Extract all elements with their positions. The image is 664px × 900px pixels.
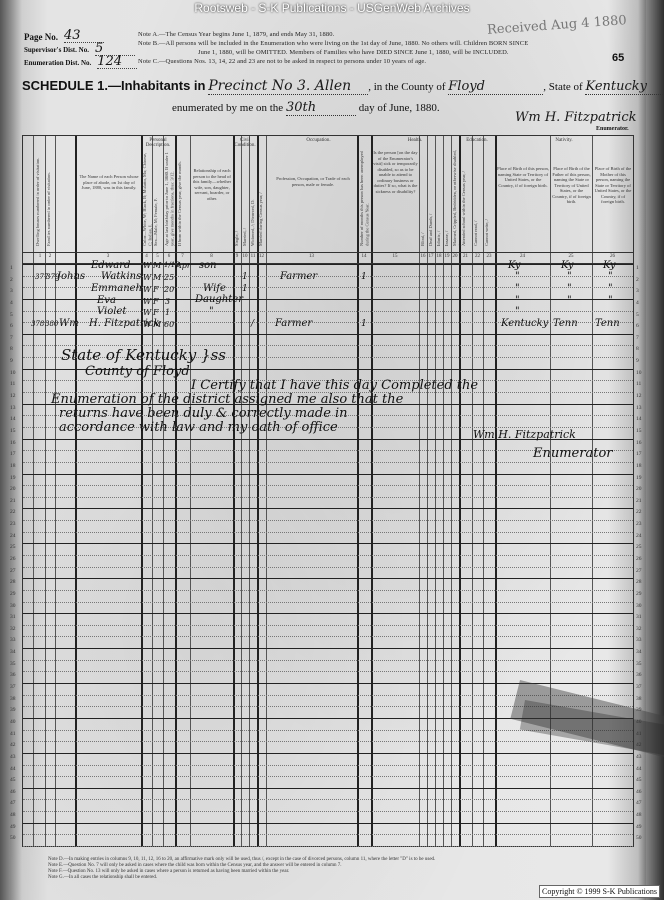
row-number-right: 27: [636, 568, 642, 574]
hdr-cannot-read: Cannot read, /: [473, 150, 482, 246]
row-line: [23, 474, 633, 475]
row-number-right: 47: [636, 800, 642, 806]
copyright-notice: Copyright © 1999 S-K Publications: [539, 885, 660, 898]
row-number-right: 28: [636, 579, 642, 585]
row-number-right: 24: [636, 533, 642, 539]
entry-4-color: W: [143, 297, 151, 306]
row-line: [23, 683, 633, 684]
colnum-25: 25: [550, 254, 592, 259]
row-line: [23, 776, 633, 777]
row-number-right: 4: [636, 300, 639, 306]
entry-6-father-birth: Tenn: [553, 318, 578, 329]
colnum-6: 6: [163, 254, 175, 259]
entry-6-surname: Wm: [59, 318, 79, 329]
enumeration-value: 124: [97, 56, 137, 69]
county-value: Floyd: [448, 79, 543, 95]
row-number-left: 30: [10, 603, 16, 609]
note-g: Note G.—In all cases the relationship sh…: [48, 875, 478, 881]
entry-2-age: 25: [164, 273, 174, 282]
entry-5-relationship: ": [209, 306, 214, 317]
hdr-sickness: Is the person [on the day of the Enumera…: [373, 150, 418, 194]
state-value: Kentucky: [585, 79, 664, 95]
group-nativity: Nativity.: [495, 138, 633, 143]
colnum-22: 22: [472, 254, 483, 259]
census-grid: Personal Description. Civil Condition. O…: [22, 135, 634, 847]
group-health: Health.: [371, 138, 459, 143]
row-number-right: 32: [636, 626, 642, 632]
row-number-right: 6: [636, 323, 639, 329]
row-number-left: 29: [10, 591, 16, 597]
row-number-left: 2: [10, 277, 13, 283]
row-number-left: 38: [10, 696, 16, 702]
row-number-right: 35: [636, 661, 642, 667]
entry-1-relationship: son: [199, 260, 217, 271]
cert-signature: Wm H. Fitzpatrick: [473, 428, 576, 441]
entry-6-unemployed: 1: [361, 319, 367, 329]
hdr-blind: Blind, /: [420, 150, 427, 246]
row-line: [23, 578, 633, 579]
row-line: [23, 485, 633, 486]
hdr-maimed: Maimed, Crippled, Bedridden, or otherwis…: [452, 150, 459, 246]
row-number-right: 23: [636, 521, 642, 527]
row-number-right: 18: [636, 463, 642, 469]
row-number-left: 23: [10, 521, 16, 527]
note-b-cont: June 1, 1880, will be OMITTED. Members o…: [138, 48, 578, 57]
hdr-name: The Name of each Person whose place of a…: [79, 174, 139, 191]
row-line: [23, 625, 633, 626]
hdr-married-year: Married during Census year, /: [258, 150, 266, 246]
row-number-right: 16: [636, 440, 642, 446]
entry-2-occupation: Farmer: [280, 271, 317, 282]
census-notes: Note A.—The Census Year begins June 1, 1…: [138, 30, 578, 66]
sheet-page-number: 65: [612, 52, 624, 64]
entry-6-birth: Kentucky: [501, 318, 548, 329]
row-number-right: 30: [636, 603, 642, 609]
row-line: [23, 555, 633, 556]
entry-1-father-birth: Ky: [561, 260, 573, 271]
entry-1-mother-birth: Ky: [603, 260, 615, 271]
row-number-left: 44: [10, 766, 16, 772]
row-number-left: 18: [10, 463, 16, 469]
row-number-left: 17: [10, 451, 16, 457]
entry-6-sex: M: [153, 320, 161, 329]
schedule-title: SCHEDULE 1.—Inhabitants in Precinct No 3…: [22, 78, 664, 95]
footnotes: Note D.—In making entries in columns 9, …: [48, 857, 478, 881]
row-number-right: 26: [636, 556, 642, 562]
hdr-idiotic: Idiotic, /: [436, 150, 443, 246]
row-number-right: 11: [636, 381, 641, 387]
row-number-left: 48: [10, 812, 16, 818]
entry-6-mother-birth: Tenn: [595, 318, 620, 329]
supervisor-label: Supervisor's Dist. No.: [24, 44, 89, 56]
row-number-right: 50: [636, 835, 642, 841]
enumerator-signature: Wm H. Fitzpatrick: [515, 110, 637, 125]
row-line: [23, 660, 633, 661]
row-number-right: 46: [636, 789, 642, 795]
group-education: Education.: [459, 138, 495, 143]
row-line: [23, 532, 633, 533]
row-number-right: 48: [636, 812, 642, 818]
row-number-left: 4: [10, 300, 13, 306]
colnum-2: 2: [45, 254, 55, 259]
entry-5-color: W: [143, 308, 151, 317]
entry-2-father-birth: ": [567, 271, 572, 282]
archive-watermark: Rootsweb - S-K Publications - USGenWeb A…: [0, 0, 664, 16]
row-line: [23, 636, 633, 637]
hdr-widowed: Widowed, /; Divorced, D.: [250, 150, 257, 246]
row-number-left: 31: [10, 614, 16, 620]
row-number-right: 36: [636, 672, 642, 678]
enum-day: 30th: [286, 100, 356, 116]
row-number-right: 15: [636, 428, 642, 434]
hdr-relationship: Relationship of each person to the head …: [192, 168, 232, 201]
entry-1-month: Apr: [176, 261, 191, 270]
note-a: Note A.—The Census Year begins June 1, 1…: [138, 30, 578, 39]
row-line: [23, 543, 633, 544]
note-b: Note B.—All persons will be included in …: [138, 39, 578, 48]
row-number-left: 7: [10, 335, 13, 341]
entry-6-occupation: Farmer: [275, 318, 312, 329]
row-number-left: 8: [10, 346, 13, 352]
row-number-left: 9: [10, 358, 13, 364]
row-number-right: 10: [636, 370, 642, 376]
hdr-deaf: Deaf and Dumb, /: [428, 150, 435, 246]
enumeration-label: Enumeration Dist. No.: [24, 57, 91, 69]
colnum-9: 9: [233, 254, 241, 259]
row-number-right: 17: [636, 451, 642, 457]
row-line: [23, 613, 633, 614]
row-number-right: 22: [636, 509, 642, 515]
row-line: [23, 765, 633, 766]
row-number-left: 42: [10, 742, 16, 748]
entry-3-father-birth: ": [567, 283, 572, 294]
row-line: [23, 462, 633, 463]
row-line: [23, 567, 633, 568]
row-number-right: 13: [636, 405, 642, 411]
row-line: [23, 520, 633, 521]
row-number-left: 41: [10, 731, 16, 737]
hdr-age: Age at last birthday prior to June 1, 18…: [164, 150, 174, 246]
colnum-5: 5: [152, 254, 163, 259]
group-occupation: Occupation.: [266, 138, 371, 143]
enumerator-label: Enumerator.: [596, 126, 629, 132]
colnum-23: 23: [483, 254, 495, 259]
group-civil: Civil Condition.: [233, 138, 257, 148]
row-number-left: 50: [10, 835, 16, 841]
row-number-left: 27: [10, 568, 16, 574]
row-line: [23, 497, 633, 498]
cert-line-5: returns have been duly & correctly made …: [59, 406, 348, 421]
row-number-left: 3: [10, 288, 13, 294]
entry-4-sex: F: [153, 297, 159, 306]
entry-3-given: Emmaneh: [91, 283, 142, 294]
row-number-left: 12: [10, 393, 16, 399]
row-number-right: 49: [636, 824, 642, 830]
place-value: Precinct No 3. Allen: [208, 78, 368, 95]
entry-6-married: /: [251, 319, 254, 329]
row-number-right: 1: [636, 265, 639, 271]
entry-3-birth: ": [515, 283, 520, 294]
county-label: , in the County of: [368, 81, 445, 93]
row-line: [23, 508, 633, 509]
entry-5-age: 1: [165, 308, 170, 317]
row-number-left: 32: [10, 626, 16, 632]
colnum-24: 24: [495, 254, 550, 259]
entry-4-birth: ": [515, 295, 520, 306]
colnum-21: 21: [459, 254, 472, 259]
row-number-left: 21: [10, 498, 16, 504]
row-number-left: 15: [10, 428, 16, 434]
colnum-7: 7: [175, 254, 190, 259]
entry-1-color: W: [143, 261, 151, 270]
entry-6-color: W: [143, 320, 151, 329]
row-number-right: 29: [636, 591, 642, 597]
hdr-color: Color—White, W; Black, B; Mulatto, Mu; C…: [142, 150, 151, 246]
row-number-right: 7: [636, 335, 639, 341]
row-line: [23, 648, 633, 649]
hdr-single: Single, /: [234, 150, 241, 246]
row-number-right: 37: [636, 684, 642, 690]
row-number-right: 21: [636, 498, 642, 504]
schedule-label: SCHEDULE 1.—Inhabitants in: [22, 78, 205, 93]
hdr-family: Families numbered in order of visitation…: [46, 150, 54, 246]
row-number-left: 37: [10, 684, 16, 690]
cert-line-2: County of Floyd: [85, 364, 190, 379]
entry-2-unemployed: 1: [361, 272, 367, 282]
row-number-left: 26: [10, 556, 16, 562]
hdr-married: Married, /: [242, 150, 249, 246]
cert-line-1: State of Kentucky }ss: [61, 346, 226, 364]
row-number-left: 20: [10, 486, 16, 492]
row-line: [23, 671, 633, 672]
entry-1-given: Edward: [91, 260, 130, 271]
colnum-3: 3: [75, 254, 141, 259]
hdr-birth-mother: Place of Birth of the Mother of this per…: [594, 166, 632, 205]
enumeration-date-line: enumerated by me on the 30th day of June…: [172, 100, 440, 116]
colnum-10: 10: [241, 254, 249, 259]
scan-right-edge: [646, 0, 664, 900]
colnum-13: 13: [266, 254, 357, 259]
row-number-left: 36: [10, 672, 16, 678]
row-number-left: 33: [10, 637, 16, 643]
row-number-right: 9: [636, 358, 639, 364]
cert-line-4: Enumeration of the district assigned me …: [51, 392, 403, 407]
entry-4-given: Eva: [97, 295, 116, 306]
hdr-sex: Sex—Male, M; Female, F.: [153, 150, 162, 246]
district-info: Page No.43 Supervisor's Dist. No.5 Enume…: [24, 30, 137, 69]
entry-4-relationship: Daughter: [195, 294, 243, 305]
entry-2-surname: Johns: [57, 271, 85, 282]
row-number-left: 43: [10, 754, 16, 760]
entry-6-dwelling: 378: [31, 320, 44, 328]
hdr-birth-father: Place of Birth of the Father of this per…: [552, 166, 591, 205]
entry-2-color: W: [143, 273, 151, 282]
colnum-1: 1: [35, 254, 45, 259]
row-number-left: 11: [10, 381, 15, 387]
entry-3-mother-birth: ": [608, 283, 613, 294]
colnum-18: 18: [435, 254, 443, 259]
enum-prefix: enumerated by me on the: [172, 102, 283, 114]
row-number-left: 13: [10, 405, 16, 411]
entry-1-birth: Ky: [508, 260, 520, 271]
row-number-left: 25: [10, 544, 16, 550]
note-c: Note C.—Questions Nos. 13, 14, 22 and 23…: [138, 57, 578, 66]
row-number-left: 22: [10, 509, 16, 515]
row-number-left: 6: [10, 323, 13, 329]
colnum-26: 26: [592, 254, 633, 259]
row-number-left: 1: [10, 265, 13, 271]
row-number-left: 39: [10, 707, 16, 713]
row-number-right: 43: [636, 754, 642, 760]
colnum-8: 8: [190, 254, 233, 259]
colnum-11: 11: [249, 254, 257, 259]
row-number-right: 14: [636, 416, 642, 422]
entry-3-color: W: [143, 285, 151, 294]
row-number-right: 8: [636, 346, 639, 352]
colnum-19: 19: [443, 254, 451, 259]
row-line: [23, 590, 633, 591]
entry-3-sex: F: [153, 285, 159, 294]
row-line: [23, 741, 633, 742]
row-line: [23, 834, 633, 835]
entry-6-age: 60: [164, 320, 174, 329]
scan-left-edge: [0, 0, 10, 900]
row-number-right: 12: [636, 393, 642, 399]
row-line: [23, 334, 633, 335]
colnum-14: 14: [357, 254, 371, 259]
entry-2-given: Watkins: [101, 271, 141, 282]
colnum-12: 12: [257, 254, 266, 259]
row-line: [23, 788, 633, 789]
row-number-right: 25: [636, 544, 642, 550]
row-number-left: 34: [10, 649, 16, 655]
hdr-months-unemployed: Number of months this person has been un…: [359, 150, 370, 246]
row-number-right: 2: [636, 277, 639, 283]
cert-line-6: accordance with law and my oath of offic…: [59, 420, 338, 435]
hdr-month-born: If born within the Census year, give the…: [177, 150, 189, 246]
cert-line-3: I Certify that I have this day Completed…: [191, 378, 478, 393]
entry-4-mother-birth: ": [608, 295, 613, 306]
entry-2-sex: M: [153, 273, 161, 282]
row-number-left: 19: [10, 475, 16, 481]
row-number-left: 16: [10, 440, 16, 446]
row-number-left: 47: [10, 800, 16, 806]
hdr-occupation: Profession, Occupation, or Trade of each…: [271, 176, 355, 187]
row-number-left: 24: [10, 533, 16, 539]
row-number-left: 5: [10, 312, 13, 318]
entry-3-age: 20: [164, 285, 174, 294]
enum-suffix: day of June, 1880.: [359, 102, 440, 114]
entry-4-age: 3: [165, 297, 170, 306]
entry-4-father-birth: ": [567, 295, 572, 306]
hdr-cannot-write: Cannot write, /: [484, 150, 494, 246]
entry-2-mother-birth: ": [608, 271, 613, 282]
colnum-4: 4: [141, 254, 152, 259]
row-number-left: 10: [10, 370, 16, 376]
entry-3-relationship: Wife: [203, 283, 226, 294]
page-no-label: Page No.: [24, 31, 58, 43]
row-number-right: 34: [636, 649, 642, 655]
entry-1-sex: M: [153, 261, 161, 270]
colnum-15: 15: [371, 254, 419, 259]
row-number-right: 38: [636, 696, 642, 702]
entry-5-birth: ": [515, 306, 520, 317]
colnum-16: 16: [419, 254, 427, 259]
row-number-right: 44: [636, 766, 642, 772]
entry-3-married: 1: [242, 284, 248, 294]
colnum-20: 20: [451, 254, 459, 259]
hdr-school: Attended school within the Census year, …: [461, 150, 471, 246]
row-line: [23, 811, 633, 812]
state-label: , State of: [543, 81, 582, 93]
entry-6-family: 380: [45, 320, 58, 328]
row-number-left: 14: [10, 416, 16, 422]
row-number-left: 28: [10, 579, 16, 585]
entry-5-given: Violet: [97, 306, 126, 317]
colnum-17: 17: [427, 254, 435, 259]
row-number-right: 45: [636, 777, 642, 783]
row-number-right: 3: [636, 288, 639, 294]
row-line: [23, 823, 633, 824]
row-line: [23, 846, 633, 847]
row-number-left: 40: [10, 719, 16, 725]
group-personal: Personal Description.: [141, 138, 175, 148]
hdr-insane: Insane, /: [444, 150, 451, 246]
row-number-right: 5: [636, 312, 639, 318]
cert-title: Enumerator: [533, 446, 613, 461]
row-line: [23, 753, 633, 754]
hdr-dwelling: Dwelling houses numbered in order of vis…: [35, 150, 43, 246]
row-number-left: 35: [10, 661, 16, 667]
entry-2-birth: ": [515, 271, 520, 282]
row-line: [23, 799, 633, 800]
row-number-left: 49: [10, 824, 16, 830]
row-number-right: 31: [636, 614, 642, 620]
entry-5-sex: F: [153, 308, 159, 317]
row-number-right: 20: [636, 486, 642, 492]
row-number-left: 46: [10, 789, 16, 795]
row-number-left: 45: [10, 777, 16, 783]
row-line: [23, 602, 633, 603]
hdr-birth-person: Place of Birth of this person, naming St…: [497, 166, 549, 188]
row-number-right: 19: [636, 475, 642, 481]
row-number-right: 33: [636, 637, 642, 643]
entry-2-married: 1: [242, 272, 248, 282]
